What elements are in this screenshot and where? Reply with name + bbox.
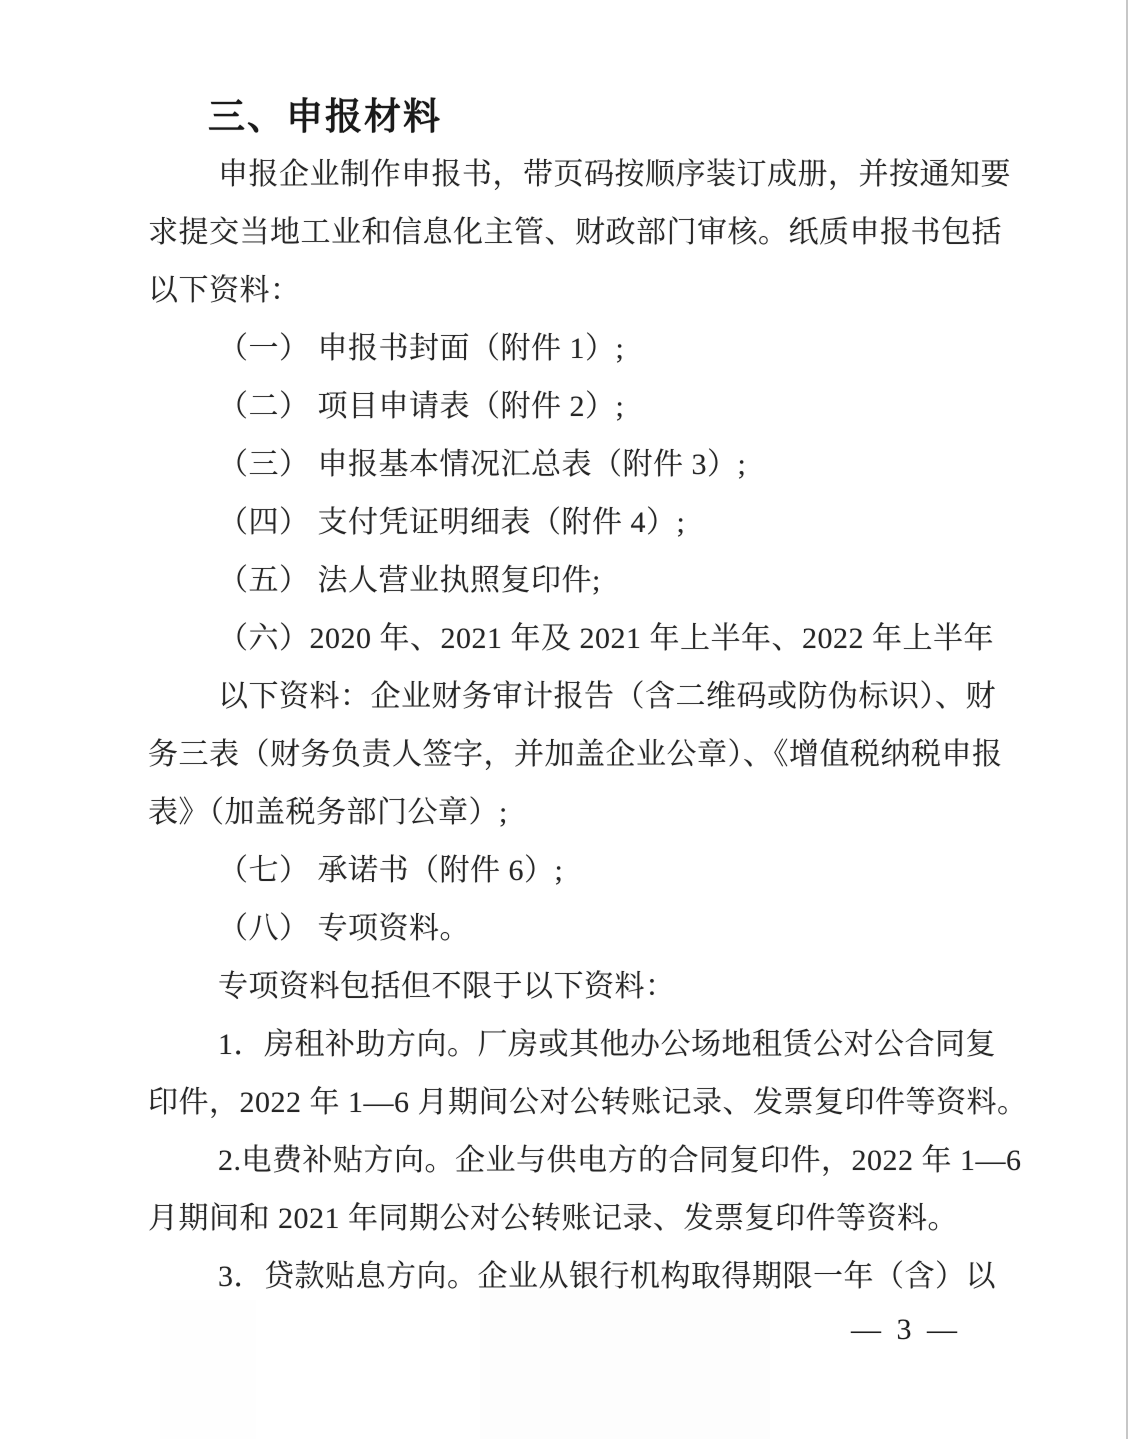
doc-line-numbered-item: 3．贷款贴息方向。企业从银行机构取得期限一年（含）以 (148, 1248, 996, 1306)
doc-line-list-item: （八） 专项资料。 (148, 900, 996, 958)
doc-line-list-item: （二） 项目申请表（附件 2）; (148, 378, 996, 436)
doc-line-list-item: （四） 支付凭证明细表（附件 4）; (148, 494, 996, 552)
doc-line: 专项资料包括但不限于以下资料： (148, 958, 996, 1016)
section-heading: 三、申报材料 (148, 88, 996, 146)
doc-line-list-item: （一） 申报书封面（附件 1）; (148, 320, 996, 378)
doc-line-numbered-item: 1．房租补助方向。厂房或其他办公场地租赁公对公合同复 (148, 1016, 996, 1074)
doc-line-list-item: （六）2020 年、2021 年及 2021 年上半年、2022 年上半年 (148, 610, 996, 668)
document-page: 三、申报材料 申报企业制作申报书，带页码按顺序装订成册，并按通知要 求提交当地工… (0, 0, 1131, 1439)
doc-line: 申报企业制作申报书，带页码按顺序装订成册，并按通知要 (148, 146, 996, 204)
doc-line: 以下资料： (148, 262, 996, 320)
doc-line: 以下资料：企业财务审计报告（含二维码或防伪标识）、财 (148, 668, 996, 726)
doc-line: 求提交当地工业和信息化主管、财政部门审核。纸质申报书包括 (148, 204, 996, 262)
document-body: 三、申报材料 申报企业制作申报书，带页码按顺序装订成册，并按通知要 求提交当地工… (148, 88, 996, 1306)
doc-line: 务三表（财务负责人签字，并加盖企业公章）、《增值税纳税申报 (148, 726, 996, 784)
doc-line-numbered-item: 2.电费补贴方向。企业与供电方的合同复印件，2022 年 1—6 (148, 1132, 996, 1190)
doc-line-list-item: （七） 承诺书（附件 6）; (148, 842, 996, 900)
scan-shading (160, 1300, 256, 1439)
scan-edge-line (1126, 0, 1128, 1439)
doc-line: 月期间和 2021 年同期公对公转账记录、发票复印件等资料。 (148, 1190, 996, 1248)
doc-line: 表》（加盖税务部门公章）; (148, 784, 996, 842)
doc-line-list-item: （五） 法人营业执照复印件; (148, 552, 996, 610)
page-number: — 3 — (851, 1308, 961, 1352)
doc-line: 印件，2022 年 1—6 月期间公对公转账记录、发票复印件等资料。 (148, 1074, 996, 1132)
scan-shading (480, 1290, 770, 1439)
doc-line-list-item: （三） 申报基本情况汇总表（附件 3）; (148, 436, 996, 494)
